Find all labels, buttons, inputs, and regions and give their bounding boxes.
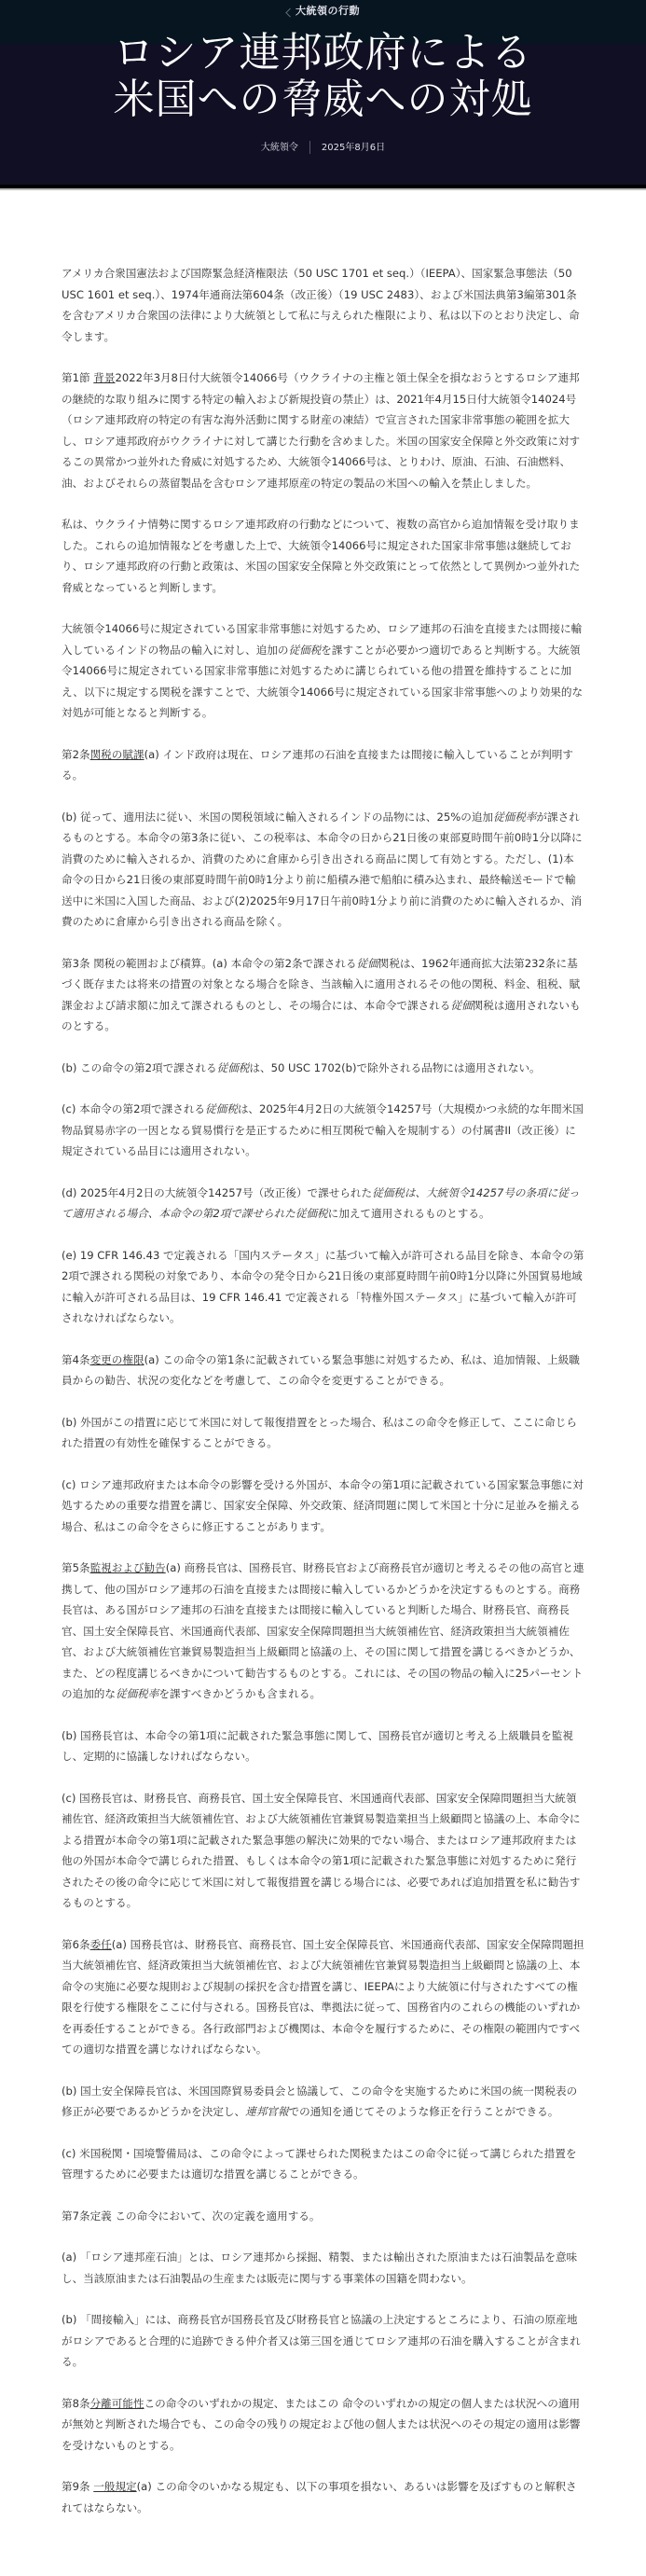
section-6b-paragraph: (b) 国土安全保障長官は、米国国際貿易委員会と協議して、この命令を実施するため… <box>62 2081 584 2123</box>
section-3c-paragraph: (c) 本命令の第2項で課される従価税は、2025年4月2日の大統領令14257… <box>62 1099 584 1162</box>
section-2b-paragraph: (b) 従って、適用法に従い、米国の関税領域に輸入されるインドの品物には、25%… <box>62 807 584 933</box>
section-9a-text: (a) この命令のいかなる規定も、以下の事項を損ない、あるいは影響を及ぼすものと… <box>62 2480 577 2514</box>
section-1-text: 2022年3月8日付大統領令14066号（ウクライナの主権と領土保全を損なおうと… <box>62 371 580 490</box>
section-1-link[interactable]: 背景 <box>93 371 115 384</box>
article-body: アメリカ合衆国憲法および国際緊急経済権限法（50 USC 1701 et seq… <box>0 190 646 2576</box>
section-9-heading: 第9条 <box>62 2480 90 2493</box>
kicker-label: 大統領の行動 <box>296 5 360 17</box>
section-7-paragraph: 第7条定義 この命令において、次の定義を適用する。 <box>62 2206 584 2227</box>
section-5a-paragraph: 第5条監視および勧告(a) 商務長官は、国務長官、財務長官および商務長官が適切と… <box>62 1558 584 1705</box>
section-3b-text-2: は、50 USC 1702(b)で除外される品物には適用されない。 <box>249 1061 540 1074</box>
section-2b-text-1: (b) 従って、適用法に従い、米国の関税領域に輸入されるインドの品物には、25%… <box>62 810 493 824</box>
section-3d-text-1: (d) 2025年4月2日の大統領令14257号（改正後）で課せられた <box>62 1186 372 1199</box>
section-3a-paragraph: 第3条 関税の範囲および積算。(a) 本命令の第2条で課される従価関税は、196… <box>62 953 584 1037</box>
section-8-link[interactable]: 分離可能性 <box>90 2397 144 2410</box>
section-3a-italic-2: 従価 <box>450 999 472 1012</box>
section-6b-italic: 連邦官報 <box>245 2105 288 2118</box>
section-3d-paragraph: (d) 2025年4月2日の大統領令14257号（改正後）で課せられた従価税は、… <box>62 1183 584 1225</box>
section-4-heading: 第4条 <box>62 1353 90 1366</box>
determination-paragraph: 大統領令14066号に規定されている国家非常事態に対処するため、ロシア連邦の石油… <box>62 618 584 724</box>
meta-divider <box>309 141 310 154</box>
section-6c-paragraph: (c) 米国税関・国境警備局は、この命令によって課せられた関税またはこの命令に従… <box>62 2143 584 2185</box>
section-6b-text-2: での通知を通じてそのような修正を行うことができる。 <box>289 2105 559 2118</box>
section-2-heading: 第2条 <box>62 748 90 761</box>
section-2a-paragraph: 第2条関税の賦課(a) インド政府は現在、ロシア連邦の石油を直接または間接に輸入… <box>62 744 584 786</box>
page-title: ロシア連邦政府による 米国への脅威への対処 <box>0 30 646 123</box>
section-2b-text-2: が課されるものとする。本命令の第3条に従い、この税率は、本命令の日から21日後の… <box>62 810 583 929</box>
chevron-left-icon <box>285 8 295 18</box>
section-5-link[interactable]: 監視および勧告 <box>90 1561 166 1574</box>
section-2-link[interactable]: 関税の賦課 <box>90 748 144 761</box>
section-5a-text-2: を課すべきかどうかも含まれる。 <box>158 1687 321 1700</box>
section-8-paragraph: 第8条分離可能性この命令のいずれかの規定、またはこの 命令のいずれかの規定の個人… <box>62 2393 584 2457</box>
section-4-link[interactable]: 変更の権限 <box>90 1353 144 1366</box>
post-meta: 大統領令2025年8月6日 <box>0 139 646 154</box>
section-3a-text-1: 第3条 関税の範囲および積算。(a) 本命令の第2条で課される <box>62 957 357 970</box>
section-8-heading: 第8条 <box>62 2397 90 2410</box>
section-9a-paragraph: 第9条 一般規定(a) この命令のいかなる規定も、以下の事項を損ない、あるいは影… <box>62 2476 584 2518</box>
category-link[interactable]: 大統領令 <box>261 143 298 153</box>
section-5a-text-1: (a) 商務長官は、国務長官、財務長官および商務長官が適切と考えるその他の高官と… <box>62 1561 584 1700</box>
title-line-1: ロシア連邦政府による <box>114 29 533 76</box>
info-paragraph: 私は、ウクライナ情勢に関するロシア連邦政府の行動などについて、複数の高官から追加… <box>62 514 584 598</box>
determination-italic: 従価税 <box>288 644 321 657</box>
page-header: 大統領の行動 ロシア連邦政府による 米国への脅威への対処 大統領令2025年8月… <box>0 0 646 185</box>
section-3e-paragraph: (e) 19 CFR 146.43 で定義される「国内ステータス」に基づいて輸入… <box>62 1245 584 1329</box>
title-line-2: 米国への脅威への対処 <box>114 76 533 123</box>
section-5c-paragraph: (c) 国務長官は、財務長官、商務長官、国土安全保障長官、米国通商代表部、国家安… <box>62 1788 584 1914</box>
section-5a-italic: 従価税率 <box>116 1687 158 1700</box>
section-3b-paragraph: (b) この命令の第2項で課される従価税は、50 USC 1702(b)で除外さ… <box>62 1058 584 1079</box>
section-6a-paragraph: 第6条委任(a) 国務長官は、財務長官、商務長官、国土安全保障長官、米国通商代表… <box>62 1934 584 2060</box>
section-6-heading: 第6条 <box>62 1938 90 1951</box>
breadcrumb-kicker[interactable]: 大統領の行動 <box>0 3 646 18</box>
section-4c-paragraph: (c) ロシア連邦政府または本命令の影響を受ける外国が、本命令の第1項に記載され… <box>62 1475 584 1538</box>
section-5b-paragraph: (b) 国務長官は、本命令の第1項に記載された緊急事態に関して、国務長官が適切と… <box>62 1725 584 1767</box>
section-4b-paragraph: (b) 外国がこの措置に応じて米国に対して報復措置をとった場合、私はこの命令を修… <box>62 1412 584 1454</box>
section-1-paragraph: 第1節 背景2022年3月8日付大統領令14066号（ウクライナの主権と領土保全… <box>62 367 584 493</box>
section-6a-text: (a) 国務長官は、財務長官、商務長官、国土安全保障長官、米国通商代表部、国家安… <box>62 1938 584 2057</box>
preamble-paragraph: アメリカ合衆国憲法および国際緊急経済権限法（50 USC 1701 et seq… <box>62 263 584 347</box>
section-3a-italic-1: 従価 <box>357 957 378 970</box>
section-7a-paragraph: (a) 「ロシア連邦産石油」とは、ロシア連邦から採掘、精製、または輸出された原油… <box>62 2247 584 2289</box>
section-6-link[interactable]: 委任 <box>90 1938 112 1951</box>
section-3b-text-1: (b) この命令の第2項で課される <box>62 1061 217 1074</box>
section-1-heading: 第1節 <box>62 371 90 384</box>
section-3d-text-2: に加えて適用されるものとする。 <box>328 1207 490 1220</box>
section-3b-italic: 従価税 <box>217 1061 250 1074</box>
section-3c-italic: 従価税 <box>205 1102 238 1115</box>
section-9-link[interactable]: 一般規定 <box>93 2480 136 2493</box>
publish-date: 2025年8月6日 <box>322 143 385 153</box>
section-7b-paragraph: (b) 「間接輸入」には、商務長官が国務長官及び財務長官と協議の上決定するところ… <box>62 2309 584 2373</box>
section-3c-text-1: (c) 本命令の第2項で課される <box>62 1102 205 1115</box>
section-4a-paragraph: 第4条変更の権限(a) この命令の第1条に記載されている緊急事態に対処するため、… <box>62 1350 584 1392</box>
section-5-heading: 第5条 <box>62 1561 90 1574</box>
section-2b-italic: 従価税率 <box>493 810 536 824</box>
